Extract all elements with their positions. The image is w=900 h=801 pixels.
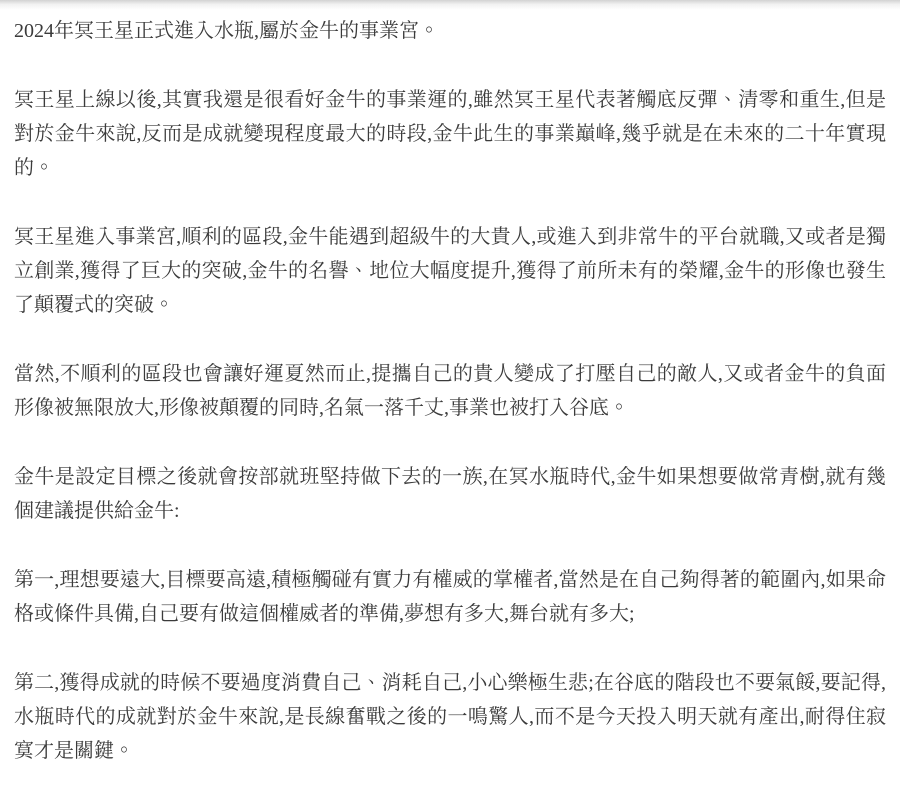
paragraph-advice-lead-in: 金牛是設定目標之後就會按部就班堅持做下去的一族,在冥水瓶時代,金牛如果想要做常青… — [14, 460, 886, 528]
paragraph-intro: 2024年冥王星正式進入水瓶,屬於金牛的事業宮。 — [14, 14, 886, 48]
top-edge-shadow — [0, 0, 900, 10]
paragraph-advice-first: 第一,理想要遠大,目標要高遠,積極觸碰有實力有權威的掌權者,當然是在自己夠得著的… — [14, 563, 886, 631]
page: 2024年冥王星正式進入水瓶,屬於金牛的事業宮。 冥王星上線以後,其實我還是很看… — [0, 0, 900, 801]
paragraph-advice-second: 第二,獲得成就的時候不要過度消費自己、消耗自己,小心樂極生悲;在谷底的階段也不要… — [14, 666, 886, 768]
paragraph-unfavorable-period: 當然,不順利的區段也會讓好運夏然而止,提攜自己的貴人變成了打壓自己的敵人,又或者… — [14, 357, 886, 425]
paragraph-outlook: 冥王星上線以後,其實我還是很看好金牛的事業運的,雖然冥王星代表著觸底反彈、清零和… — [14, 83, 886, 185]
paragraph-favorable-period: 冥王星進入事業宮,順利的區段,金牛能遇到超級牛的大貴人,或進入到非常牛的平台就職… — [14, 220, 886, 322]
article-body: 2024年冥王星正式進入水瓶,屬於金牛的事業宮。 冥王星上線以後,其實我還是很看… — [0, 10, 900, 768]
